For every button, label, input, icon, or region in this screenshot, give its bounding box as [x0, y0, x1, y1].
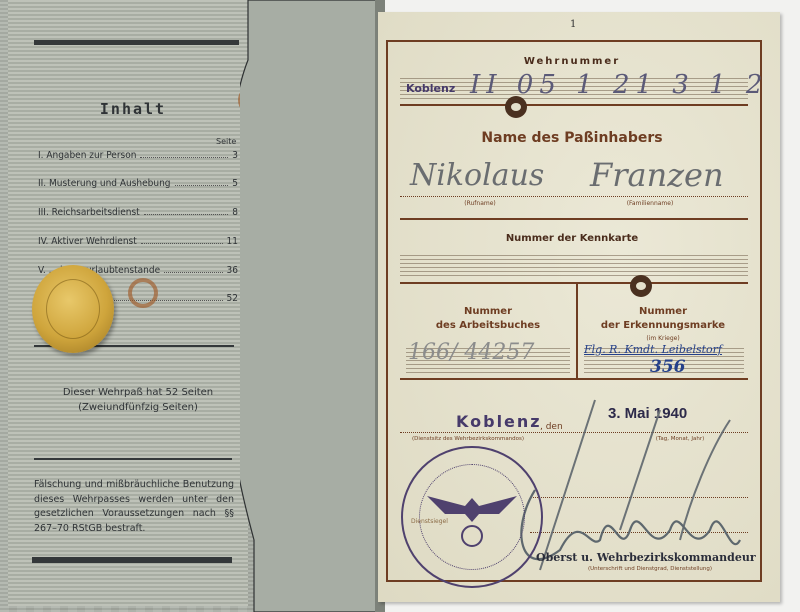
rule	[400, 218, 748, 220]
page-count-line: Dieser Wehrpaß hat 52 Seiten	[18, 385, 258, 400]
toc-label: I. Angaben zur Person	[38, 150, 136, 161]
erkennungsmarke-number: 356	[650, 357, 686, 377]
punch-hole	[630, 275, 652, 297]
toc-item: II. Musterung und Aushebung5	[38, 178, 238, 189]
erkennungsmarke-label: Nummer der Erkennungsmarke	[578, 305, 748, 333]
punch-hole	[505, 96, 527, 118]
arbeitsbuch-value: 166/ 44257	[408, 340, 534, 365]
kennkarte-lines	[400, 252, 748, 278]
erkennungsmarke-caption: (im Kriege)	[578, 335, 748, 342]
toc-label: III. Reichsarbeitsdienst	[38, 207, 140, 218]
page-number: 1	[570, 19, 576, 30]
toc-page: 8	[232, 207, 238, 218]
name-label: Name des Paßinhabers	[386, 130, 758, 146]
coin	[32, 265, 114, 353]
divider	[34, 458, 232, 460]
wehrnummer-label: Wehrnummer	[386, 56, 758, 67]
toc-label: IV. Aktiver Wehrdienst	[38, 236, 137, 247]
stamp-caption: Dienstsiegel	[411, 518, 448, 525]
toc-label: II. Musterung und Aushebung	[38, 178, 171, 189]
erkennungsmarke-label-line: der Erkennungsmarke	[578, 319, 748, 333]
forgery-warning: Fälschung und mißbräuchliche Benutzung d…	[34, 478, 234, 537]
signature-title: Oberst u. Wehrbezirkskommandeur	[536, 551, 756, 564]
familienname-value: Franzen	[590, 156, 724, 194]
toc-page: 3	[232, 150, 238, 161]
wehrnummer-prefix: Koblenz	[406, 82, 455, 95]
page-count-words: (Zweiundfünfzig Seiten)	[18, 400, 258, 415]
contents-title: Inhalt	[8, 100, 258, 118]
rule	[400, 282, 748, 284]
top-rule	[34, 40, 239, 45]
toc-item: III. Reichsarbeitsdienst8	[38, 207, 238, 218]
rule	[400, 378, 748, 380]
signature-caption: (Unterschrift und Dienstgrad, Dienststel…	[550, 566, 750, 572]
official-stamp: Dienstsiegel	[401, 446, 543, 588]
erkennungsmarke-label-line: Nummer	[578, 305, 748, 319]
toc-page: 36	[227, 265, 238, 276]
cover-pocket-flap	[240, 0, 385, 612]
rust-stain	[128, 278, 158, 308]
seite-label: Seite	[216, 137, 236, 146]
toc-page: 5	[232, 178, 238, 189]
erkennungsmarke-unit: Flg. R. Kmdt. Leibelstorf	[584, 343, 722, 356]
toc-item: I. Angaben zur Person3	[38, 150, 238, 161]
rufname-value: Nikolaus	[410, 158, 544, 193]
page-count-note: Dieser Wehrpaß hat 52 Seiten (Zweiundfün…	[18, 385, 258, 415]
arbeitsbuch-label-line: des Arbeitsbuches	[400, 319, 576, 333]
toc-page: 11	[227, 236, 238, 247]
rufname-caption: (Rufname)	[440, 200, 520, 207]
kennkarte-label: Nummer der Kennkarte	[386, 233, 758, 244]
familienname-caption: (Familienname)	[610, 200, 690, 207]
bottom-rule	[32, 557, 232, 563]
rule	[400, 104, 748, 106]
name-dotted-line	[400, 196, 748, 197]
arbeitsbuch-label: Nummer des Arbeitsbuches	[400, 305, 576, 333]
toc-item: IV. Aktiver Wehrdienst11	[38, 236, 238, 247]
arbeitsbuch-label-line: Nummer	[400, 305, 576, 319]
toc-page: 52	[227, 293, 238, 304]
